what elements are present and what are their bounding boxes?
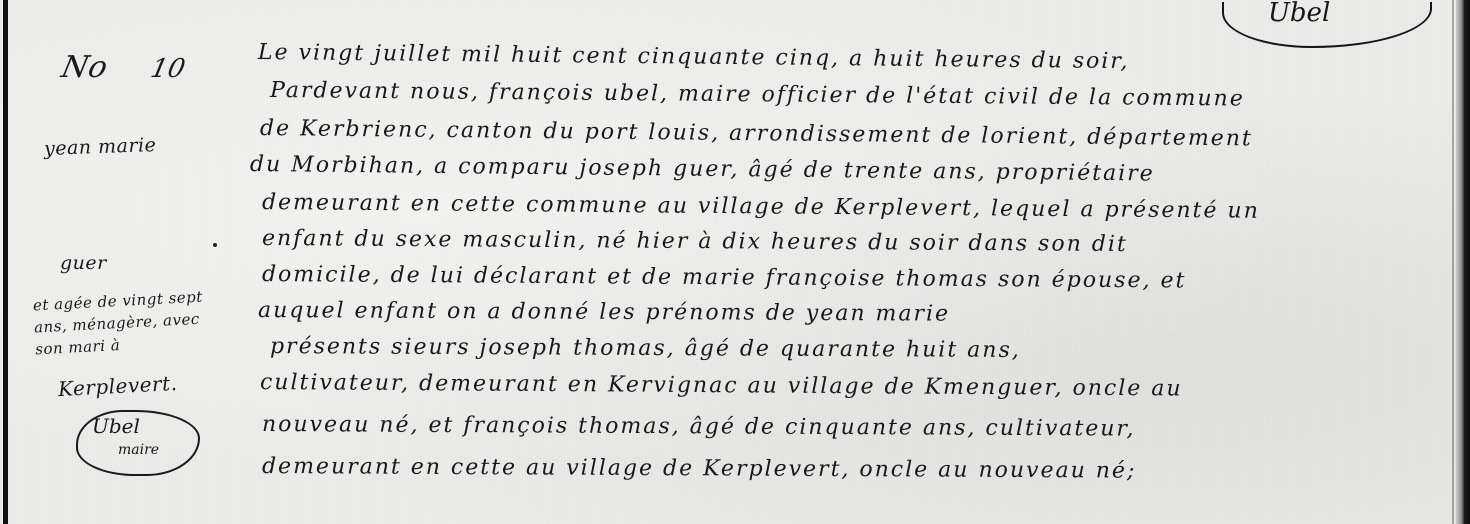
margin-place: Kerplevert. xyxy=(57,371,178,401)
body-line: du Morbihan, a comparu joseph guer, âgé … xyxy=(250,152,1155,186)
margin-child-surname: guer xyxy=(60,252,107,274)
mayor-signature-title: maire xyxy=(118,442,159,458)
body-line: enfant du sexe masculin, né hier à dix h… xyxy=(262,226,1128,257)
body-line: demeurant en cette commune au village de… xyxy=(262,190,1260,224)
top-signature-name: Ubel xyxy=(1268,0,1330,28)
body-line: présents sieurs joseph thomas, âgé de qu… xyxy=(270,334,1021,363)
body-line: nouveau né, et françois thomas, âgé de c… xyxy=(262,412,1136,442)
body-line: demeurant en cette au village de Kerplev… xyxy=(262,454,1137,484)
body-line: cultivateur, demeurant en Kervignac au v… xyxy=(260,370,1183,401)
register-page: No 10 Ubel yean marie guer et agée de vi… xyxy=(0,0,1470,524)
mayor-signature-name: Ubel xyxy=(92,414,140,438)
page-fold xyxy=(1452,0,1454,524)
act-number: No 10 xyxy=(58,50,189,85)
margin-note: et agée de vingt sept ans, ménagère, ave… xyxy=(32,286,205,361)
top-signature: Ubel xyxy=(1222,2,1432,48)
act-number-value: 10 xyxy=(148,54,188,84)
body-line: Le vingt juillet mil huit cent cinquante… xyxy=(258,40,1130,74)
body-line: Pardevant nous, françois ubel, maire off… xyxy=(270,78,1245,112)
body-line: de Kerbrienc, canton du port louis, arro… xyxy=(260,116,1253,151)
act-number-label: No xyxy=(58,50,111,85)
body-line: domicile, de lui déclarant et de marie f… xyxy=(262,262,1187,293)
margin-child-given-name: yean marie xyxy=(44,134,157,160)
body-line: auquel enfant on a donné les prénoms de … xyxy=(258,298,950,327)
mayor-signature: Ubel maire xyxy=(76,410,200,476)
ink-dot xyxy=(213,243,217,247)
page-edge xyxy=(1456,0,1470,524)
margin-rule xyxy=(3,0,8,524)
